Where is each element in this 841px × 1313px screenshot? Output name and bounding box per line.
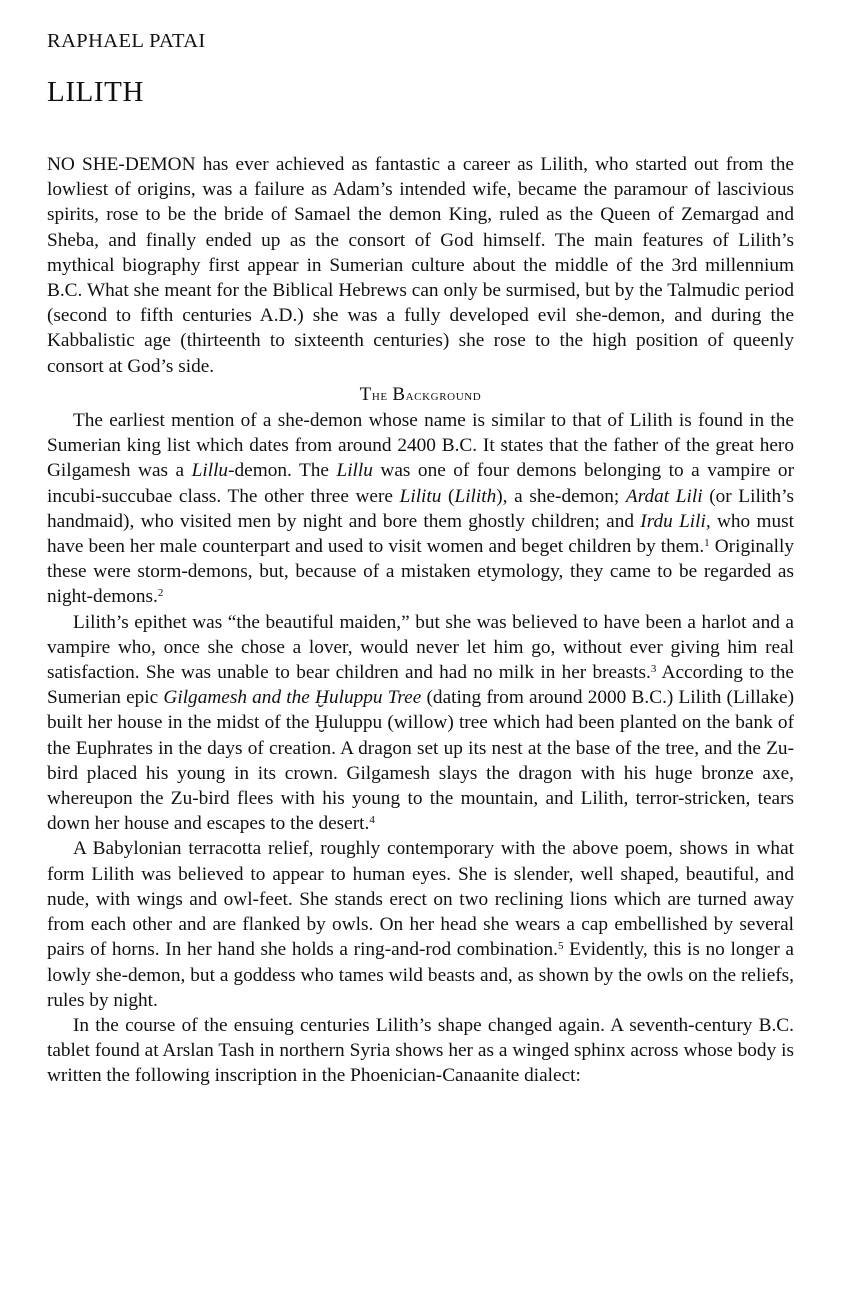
italic-term: Lilith [454,486,496,507]
paragraph-epithet: Lilith’s epithet was “the beautiful maid… [47,610,794,837]
italic-term: Irdu Lili, [640,511,710,532]
paragraph-earliest-mention: The earliest mention of a she-demon whos… [47,408,794,610]
intro-text: has ever achieved as fantastic a career … [47,154,794,377]
author-name: RAPHAEL PATAI [47,30,206,53]
italic-term: Lilitu [400,486,442,507]
section-heading: The Background [47,382,794,408]
body-text: NO SHE-DEMON has ever achieved as fantas… [47,152,794,1089]
italic-term: Lillu [192,460,228,481]
italic-title: Gilgamesh and the Ḫuluppu Tree [163,687,421,708]
chapter-title: LILITH [47,76,144,109]
intro-paragraph: NO SHE-DEMON has ever achieved as fantas… [47,152,794,379]
italic-term: Ardat Lili [626,486,703,507]
footnote-ref-2: 2 [158,587,164,599]
intro-lead-caps: NO SHE-DEMON [47,154,196,175]
footnote-ref-4: 4 [369,814,375,826]
paragraph-arslan-tash: In the course of the ensuing centuries L… [47,1013,794,1089]
paragraph-terracotta-relief: A Babylonian terracotta relief, roughly … [47,836,794,1012]
italic-term: Lillu [336,460,372,481]
